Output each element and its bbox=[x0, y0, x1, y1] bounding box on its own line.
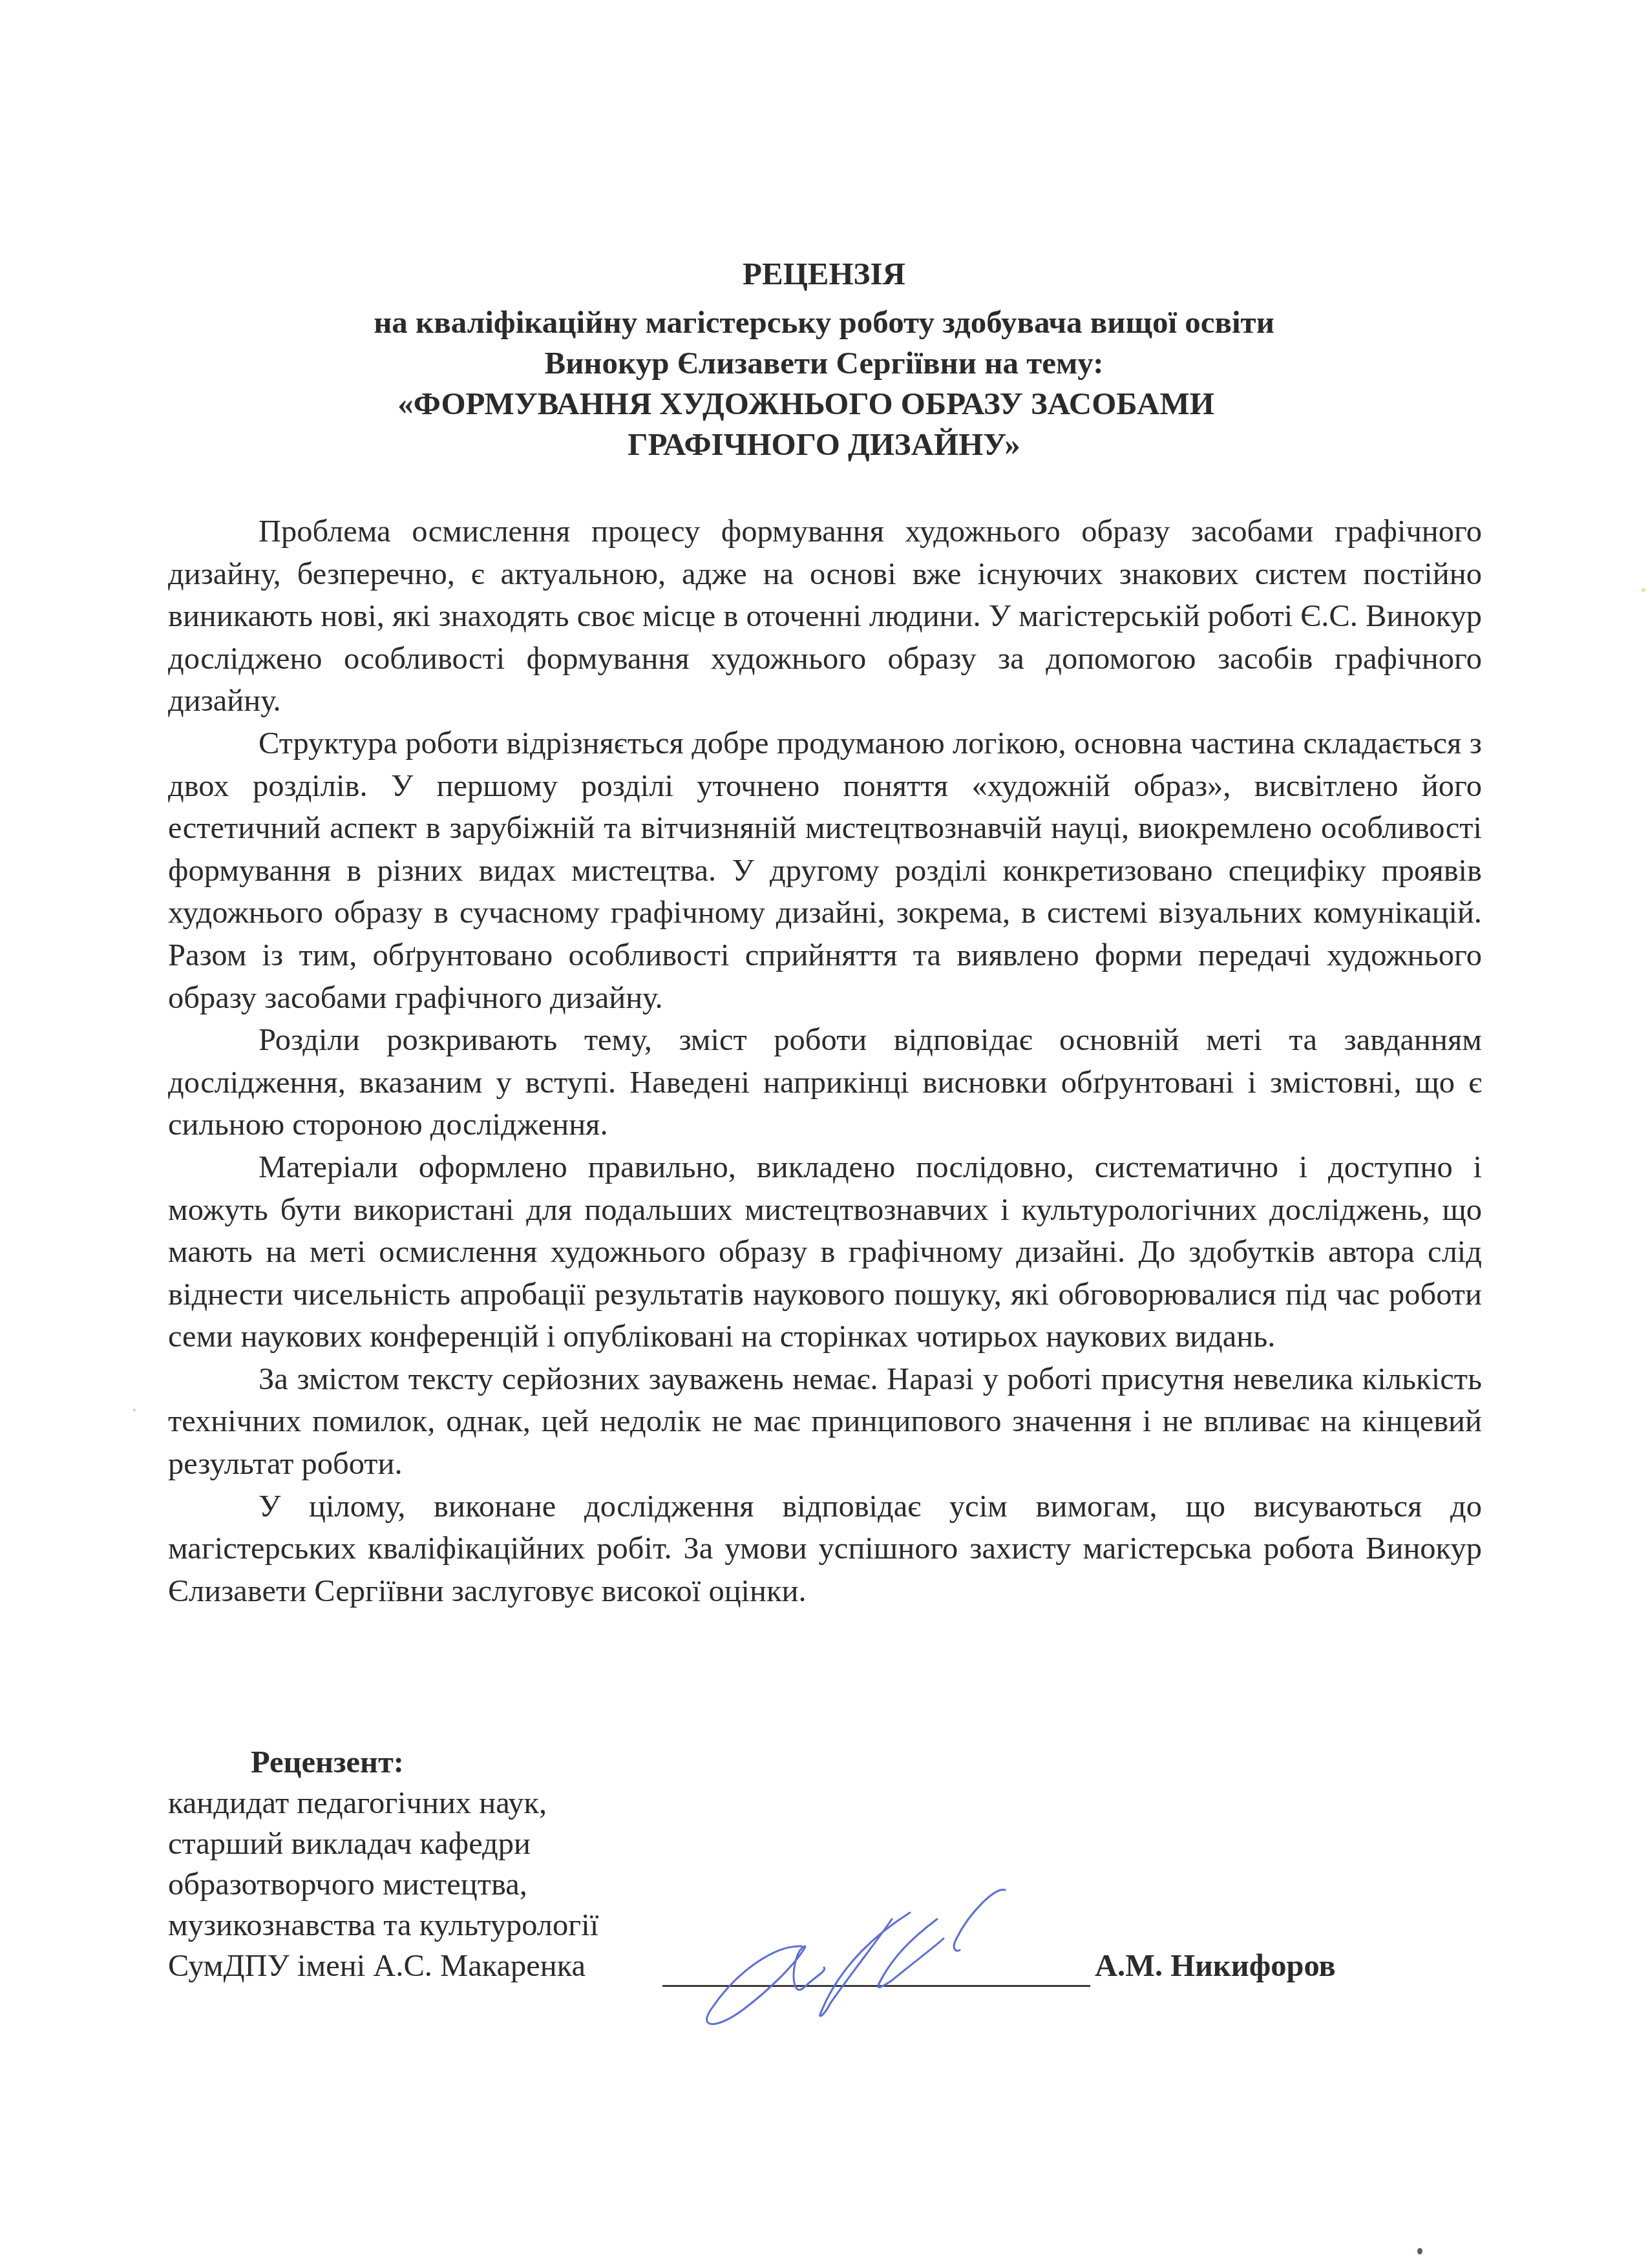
paragraph-structure: Структура роботи відрізняється добре про… bbox=[168, 722, 1482, 1019]
topic-line-2: ГРАФІЧНОГО ДИЗАЙНУ» bbox=[0, 424, 1648, 465]
subtitle-line-2: Винокур Єлизавети Сергіївни на тему: bbox=[0, 342, 1648, 383]
subtitle-line-1: на кваліфікаційну магістерську роботу зд… bbox=[0, 302, 1648, 342]
reviewer-name: А.М. Никифоров bbox=[1095, 1946, 1336, 1986]
paragraph-conclusion: У цілому, виконане дослідження відповіда… bbox=[168, 1486, 1482, 1613]
review-body: Проблема осмислення процесу формування х… bbox=[168, 510, 1482, 1612]
reviewer-institution: СумДПУ імені А.С. Макаренка bbox=[168, 1946, 586, 1986]
reviewer-department-1: образотворчого мистецтва, bbox=[168, 1864, 598, 1905]
document-header: РЕЦЕНЗІЯ на кваліфікаційну магістерську … bbox=[0, 253, 1648, 465]
reviewer-position: старший викладач кафедри bbox=[168, 1823, 598, 1864]
paragraph-relevance: Проблема осмислення процесу формування х… bbox=[168, 510, 1482, 722]
reviewer-degree: кандидат педагогічних наук, bbox=[168, 1783, 598, 1823]
document-title: РЕЦЕНЗІЯ bbox=[0, 253, 1648, 294]
paragraph-materials: Матеріали оформлено правильно, викладено… bbox=[168, 1146, 1482, 1358]
scan-speck bbox=[1642, 588, 1645, 592]
scan-speck bbox=[1417, 2248, 1422, 2254]
paragraph-remarks: За змістом тексту серйозних зауважень не… bbox=[168, 1358, 1482, 1486]
handwritten-signature-icon bbox=[698, 1874, 1008, 2035]
paragraph-sections: Розділи розкривають тему, зміст роботи в… bbox=[168, 1019, 1482, 1146]
reviewer-block: Рецензент: кандидат педагогічних наук, с… bbox=[168, 1742, 598, 1946]
reviewer-department-2: музикознавства та культурології bbox=[168, 1905, 598, 1946]
document-page: РЕЦЕНЗІЯ на кваліфікаційну магістерську … bbox=[0, 0, 1648, 2268]
topic-line-1: «ФОРМУВАННЯ ХУДОЖНЬОГО ОБРАЗУ ЗАСОБАМИ bbox=[0, 383, 1630, 424]
scan-speck bbox=[133, 1409, 136, 1411]
reviewer-label: Рецензент: bbox=[168, 1742, 598, 1783]
